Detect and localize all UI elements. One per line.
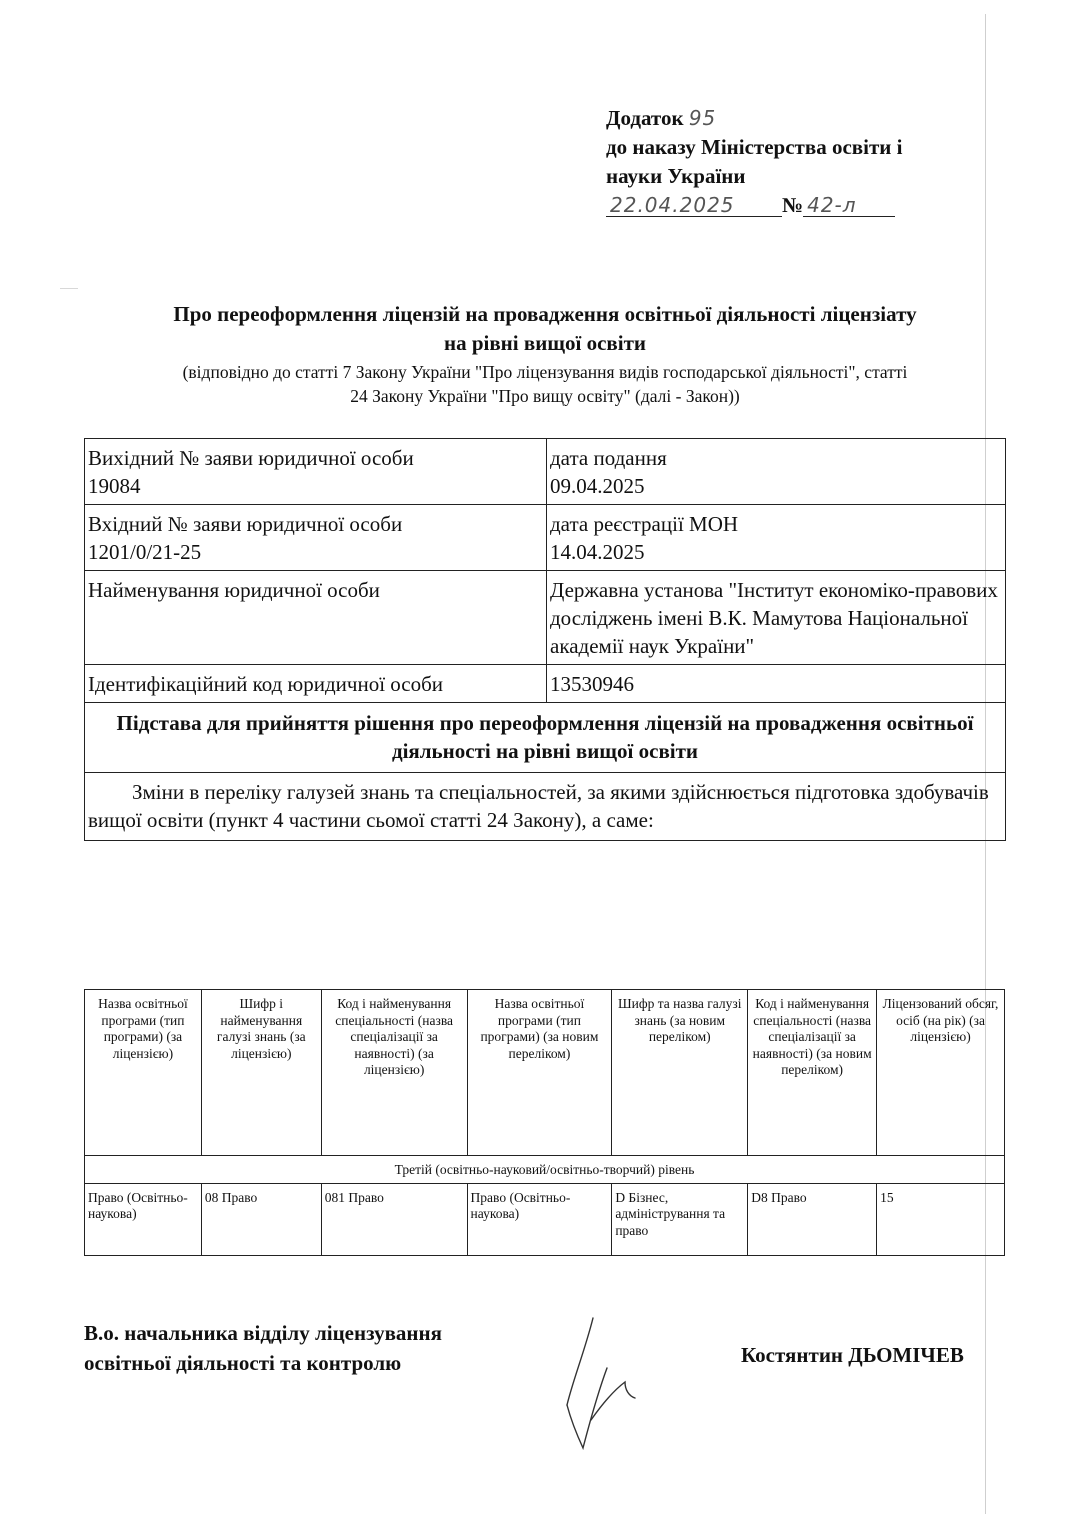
info-value: 09.04.2025 — [550, 472, 1002, 500]
section-heading: Підстава для прийняття рішення про перео… — [85, 703, 1006, 773]
table-cell: D8 Право — [748, 1183, 877, 1255]
table-cell: Право (Освітньо-наукова) — [85, 1183, 202, 1255]
order-number-handwritten: 42-л — [803, 194, 895, 217]
handwritten-signature-icon — [555, 1310, 675, 1460]
title-line-1: Про переоформлення ліцензій на проваджен… — [84, 300, 1006, 329]
info-cell: дата подання 09.04.2025 — [547, 439, 1006, 505]
info-row-basis: Зміни в переліку галузей знань та спеціа… — [85, 773, 1006, 841]
column-header: Назва освітньої програми (тип програми) … — [85, 990, 202, 1156]
appendix-number-handwritten: 95 — [689, 106, 716, 130]
info-row-entity-name: Найменування юридичної особи Державна ус… — [85, 571, 1006, 665]
subtitle-line-1: (відповідно до статті 7 Закону України "… — [84, 360, 1006, 384]
table-cell: Право (Освітньо-наукова) — [467, 1183, 612, 1255]
info-label: Вхідний № заяви юридичної особи — [88, 510, 543, 538]
number-sign: № — [782, 193, 803, 217]
info-value: Державна установа "Інститут економіко-пр… — [547, 571, 1006, 665]
scan-artifact-mark — [60, 288, 78, 289]
info-row-incoming: Вхідний № заяви юридичної особи 1201/0/2… — [85, 505, 1006, 571]
table-cell: D Бізнес, адміністрування та право — [612, 1183, 748, 1255]
basis-paragraph: Зміни в переліку галузей знань та спеціа… — [85, 773, 1006, 841]
info-label: дата реєстрації МОН — [550, 510, 1002, 538]
info-value: 13530946 — [547, 665, 1006, 703]
signatory-name: Костянтин ДЬОМІЧЕВ — [741, 1340, 964, 1370]
signatory-role-line-1: В.о. начальника відділу ліцензування — [84, 1318, 564, 1348]
info-value: 19084 — [88, 472, 543, 500]
licence-table: Назва освітньої програми (тип програми) … — [84, 989, 1005, 1256]
education-level: Третій (освітньо-науковий/освітньо-творч… — [85, 1156, 1005, 1184]
appendix-line-1: Додаток 95 — [606, 104, 986, 133]
info-cell: дата реєстрації МОН 14.04.2025 — [547, 505, 1006, 571]
document-subtitle: (відповідно до статті 7 Закону України "… — [84, 360, 1006, 408]
document-title: Про переоформлення ліцензій на проваджен… — [84, 300, 1006, 358]
appendix-header: Додаток 95 до наказу Міністерства освіти… — [606, 104, 986, 220]
info-label: Вихідний № заяви юридичної особи — [88, 444, 543, 472]
column-header: Код і найменування спеціальності (назва … — [748, 990, 877, 1156]
appendix-order-line: 22.04.2025№42-л — [606, 191, 986, 220]
appendix-label: Додаток — [606, 106, 684, 130]
column-header: Шифр та назва галузі знань (за новим пер… — [612, 990, 748, 1156]
info-row-outgoing: Вихідний № заяви юридичної особи 19084 д… — [85, 439, 1006, 505]
signatory-role: В.о. начальника відділу ліцензування осв… — [84, 1318, 564, 1378]
appendix-line-2: до наказу Міністерства освіти і — [606, 133, 986, 162]
info-value: 1201/0/21-25 — [88, 538, 543, 566]
info-row-section-heading: Підстава для прийняття рішення про перео… — [85, 703, 1006, 773]
info-label: Найменування юридичної особи — [85, 571, 547, 665]
order-date-handwritten: 22.04.2025 — [606, 194, 782, 217]
appendix-line-3: науки України — [606, 162, 986, 191]
info-label: дата подання — [550, 444, 1002, 472]
licence-header-row: Назва освітньої програми (тип програми) … — [85, 990, 1005, 1156]
info-row-entity-code: Ідентифікаційний код юридичної особи 135… — [85, 665, 1006, 703]
info-cell: Вихідний № заяви юридичної особи 19084 — [85, 439, 547, 505]
table-cell: 15 — [877, 1183, 1005, 1255]
table-cell: 081 Право — [321, 1183, 467, 1255]
column-header: Ліцензований обсяг, осіб (на рік) (за лі… — [877, 990, 1005, 1156]
basis-text: Зміни в переліку галузей знань та спеціа… — [88, 780, 989, 832]
licence-level-row: Третій (освітньо-науковий/освітньо-творч… — [85, 1156, 1005, 1184]
info-label: Ідентифікаційний код юридичної особи — [85, 665, 547, 703]
subtitle-line-2: 24 Закону України "Про вищу освіту" (дал… — [84, 384, 1006, 408]
applicant-info-table: Вихідний № заяви юридичної особи 19084 д… — [84, 438, 1006, 841]
column-header: Шифр і найменування галузі знань (за ліц… — [201, 990, 321, 1156]
info-cell: Вхідний № заяви юридичної особи 1201/0/2… — [85, 505, 547, 571]
table-row: Право (Освітньо-наукова) 08 Право 081 Пр… — [85, 1183, 1005, 1255]
table-cell: 08 Право — [201, 1183, 321, 1255]
info-value: 14.04.2025 — [550, 538, 1002, 566]
signatory-role-line-2: освітньої діяльності та контролю — [84, 1348, 564, 1378]
title-line-2: на рівні вищої освіти — [84, 329, 1006, 358]
column-header: Назва освітньої програми (тип програми) … — [467, 990, 612, 1156]
column-header: Код і найменування спеціальності (назва … — [321, 990, 467, 1156]
